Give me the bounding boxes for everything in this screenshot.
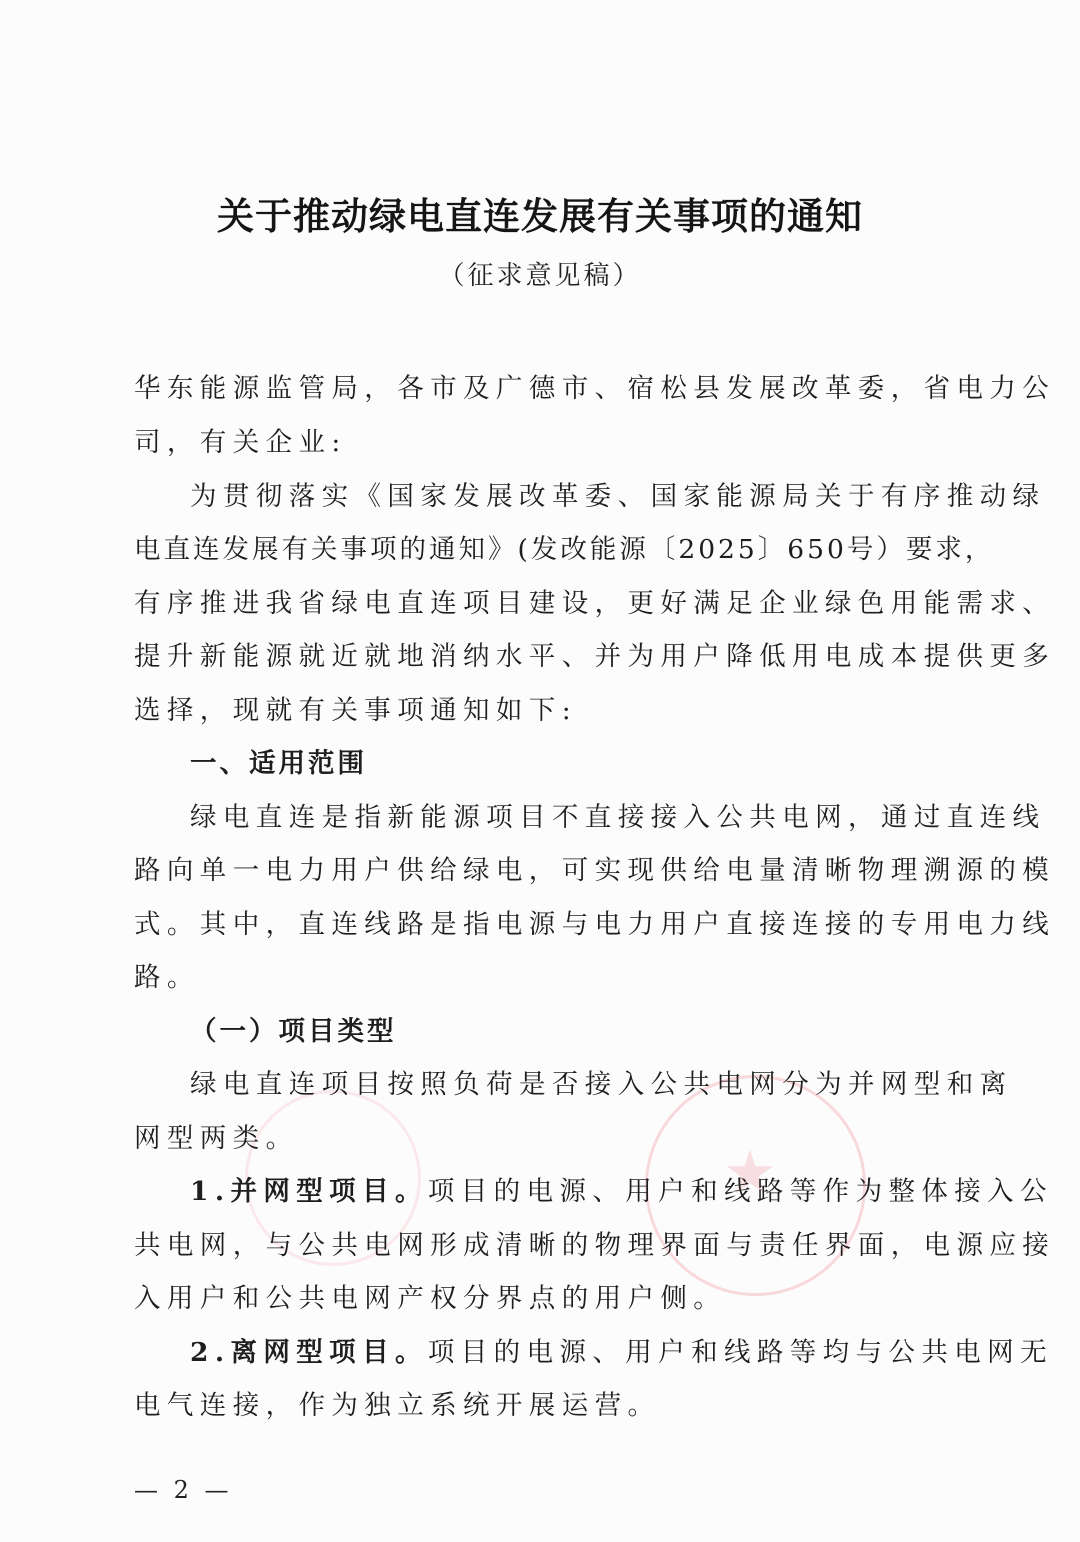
item1-first-line: 1.并网型项目。项目的电源、用户和线路等作为整体接入公 xyxy=(134,1174,946,1210)
item2-text: 项目的电源、用户和线路等均与公共电网无 xyxy=(428,1337,1053,1368)
section1-line: 绿电直连是指新能源项目不直接接入公共电网，通过直连线 xyxy=(134,800,946,836)
subsection1-line: 绿电直连项目按照负荷是否接入公共电网分为并网型和离 xyxy=(134,1067,946,1103)
intro-line: 为贯彻落实《国家发展改革委、国家能源局关于有序推动绿 xyxy=(134,479,946,515)
subsection-heading: （一）项目类型 xyxy=(134,1014,946,1050)
addressee-line: 华东能源监管局，各市及广德市、宿松县发展改革委，省电力公 xyxy=(134,371,946,407)
document-subtitle: （征求意见稿） xyxy=(0,255,1080,292)
item1-line: 入用户和公共电网产权分界点的用户侧。 xyxy=(134,1281,946,1317)
item2-line: 电气连接，作为独立系统开展运营。 xyxy=(134,1388,946,1424)
subsection1-line: 网型两类。 xyxy=(134,1121,946,1157)
section1-line: 路。 xyxy=(134,960,946,996)
intro-line: 选择，现就有关事项通知如下: xyxy=(134,693,946,729)
section1-line: 式。其中，直连线路是指电源与电力用户直接连接的专用电力线 xyxy=(134,907,946,943)
section-heading: 一、适用范围 xyxy=(134,746,946,782)
item1-label: 1.并网型项目。 xyxy=(190,1176,428,1207)
intro-line: 电直连发展有关事项的通知》(发改能源〔2025〕650号）要求， xyxy=(134,532,946,568)
addressee-line: 司，有关企业: xyxy=(134,425,946,461)
item2-label: 2.离网型项目。 xyxy=(190,1337,428,1368)
intro-line: 提升新能源就近就地消纳水平、并为用户降低用电成本提供更多 xyxy=(134,639,946,675)
intro-line: 有序推进我省绿电直连项目建设，更好满足企业绿色用能需求、 xyxy=(134,586,946,622)
item1-text: 项目的电源、用户和线路等作为整体接入公 xyxy=(428,1176,1053,1207)
page-number: — 2 — xyxy=(134,1476,233,1504)
document-page: ★ 关于推动绿电直连发展有关事项的通知 （征求意见稿） 华东能源监管局，各市及广… xyxy=(0,0,1080,1542)
section1-line: 路向单一电力用户供给绿电，可实现供给电量清晰物理溯源的模 xyxy=(134,853,946,889)
item1-line: 共电网，与公共电网形成清晰的物理界面与责任界面，电源应接 xyxy=(134,1228,946,1264)
document-title: 关于推动绿电直连发展有关事项的通知 xyxy=(0,186,1080,240)
item2-first-line: 2.离网型项目。项目的电源、用户和线路等均与公共电网无 xyxy=(134,1335,946,1371)
